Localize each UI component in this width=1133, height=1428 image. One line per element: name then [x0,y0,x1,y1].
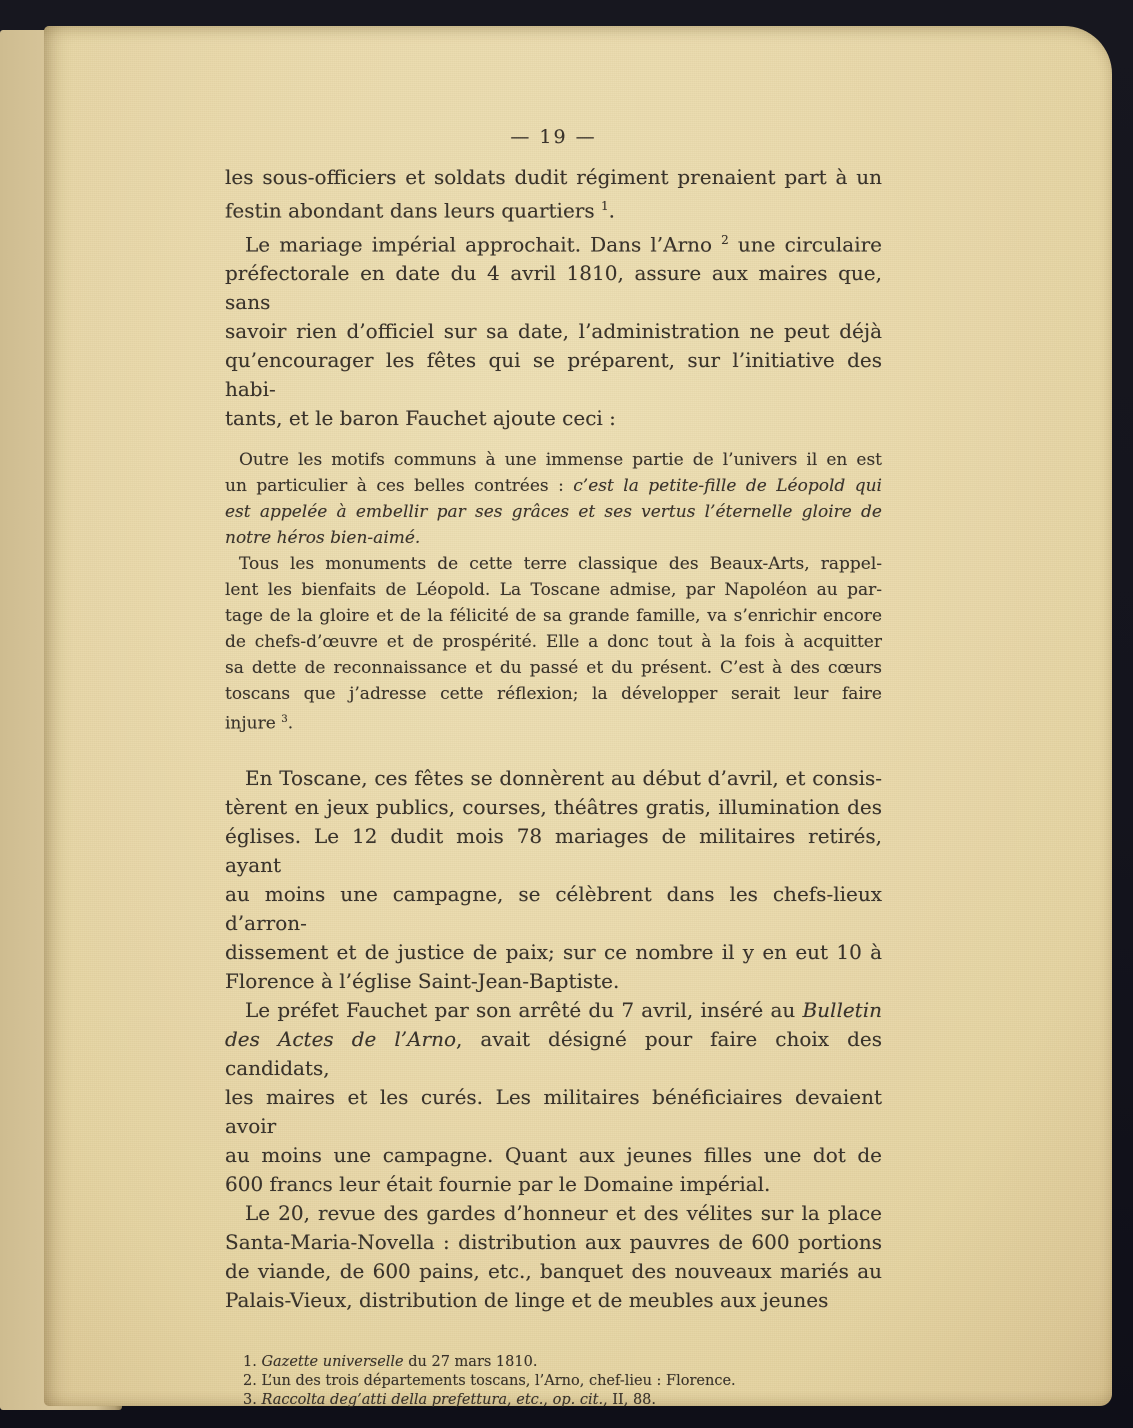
text-line: un particulier à ces belles contrées : c… [225,473,882,499]
paragraph-le-20: Le 20, revue des gardes d’honneur et des… [225,1199,882,1315]
text-line: toscans que j’adresse cette réflexion; l… [225,681,882,707]
text-line: les sous-officiers et soldats dudit régi… [225,163,882,192]
paragraph-prefet-fauchet: Le préfet Fauchet par son arrêté du 7 av… [225,996,882,1199]
text-line: Le préfet Fauchet par son arrêté du 7 av… [225,996,882,1025]
text-line: lent les bienfaits de Léopold. La Toscan… [225,577,882,603]
text-line: 3. Raccolta deg’atti della prefettura, e… [243,1391,882,1410]
page-text: — 19 — les sous-officiers et soldats dud… [225,126,882,1410]
text-line: 600 francs leur était fournie par le Dom… [225,1170,882,1199]
paragraph-en-toscane: En Toscane, ces fêtes se donnèrent au dé… [225,764,882,996]
text-line: est appelée à embellir par ses grâces et… [225,499,882,525]
text-line: tage de la gloire et de la félicité de s… [225,603,882,629]
text-line: des Actes de l’Arno, avait désigné pour … [225,1025,882,1083]
text-line: de viande, de 600 pains, etc., banquet d… [225,1257,882,1286]
footnotes: 1. Gazette universelle du 27 mars 1810.2… [225,1353,882,1410]
text-line: Palais-Vieux, distribution de linge et d… [225,1286,882,1315]
text-line: qu’encourager les fêtes qui se préparent… [225,346,882,404]
text-line: Le 20, revue des gardes d’honneur et des… [225,1199,882,1228]
text-line: Tous les monuments de cette terre classi… [225,551,882,577]
quote-fauchet-1: Outre les motifs communs à une immense p… [225,447,882,551]
text-line: préfectorale en date du 4 avril 1810, as… [225,259,882,317]
text-line: Le mariage impérial approchait. Dans l’A… [225,226,882,260]
text-line: En Toscane, ces fêtes se donnèrent au dé… [225,764,882,793]
text-line: savoir rien d’officiel sur sa date, l’ad… [225,317,882,346]
quote-fauchet-2: Tous les monuments de cette terre classi… [225,551,882,737]
continuation-paragraph: les sous-officiers et soldats dudit régi… [225,163,882,226]
text-line: au moins une campagne, se célèbrent dans… [225,880,882,938]
text-line: dissement et de justice de paix; sur ce … [225,938,882,967]
text-line: les maires et les curés. Les militaires … [225,1083,882,1141]
text-line: tants, et le baron Fauchet ajoute ceci : [225,404,882,433]
page-text-blocks: les sous-officiers et soldats dudit régi… [225,163,882,1410]
text-line: Santa-Maria-Novella : distribution aux p… [225,1228,882,1257]
text-line: injure 3. [225,707,882,737]
text-line: au moins une campagne. Quant aux jeunes … [225,1141,882,1170]
text-line: églises. Le 12 dudit mois 78 mariages de… [225,822,882,880]
text-line: notre héros bien-aimé. [225,525,882,551]
text-line: 2. L’un des trois départements toscans, … [243,1372,882,1391]
text-line: Florence à l’église Saint-Jean-Baptiste. [225,967,882,996]
page-number-header: — 19 — [225,126,882,148]
text-line: Outre les motifs communs à une immense p… [225,447,882,473]
text-line: festin abondant dans leurs quartiers 1. [225,192,882,226]
text-line: sa dette de reconnaissance et du passé e… [225,655,882,681]
text-line: tèrent en jeux publics, courses, théâtre… [225,793,882,822]
text-line: de chefs-d’œuvre et de prospérité. Elle … [225,629,882,655]
text-line: 1. Gazette universelle du 27 mars 1810. [243,1353,882,1372]
book-page: — 19 — les sous-officiers et soldats dud… [44,26,1112,1406]
paragraph-mariage-imperial: Le mariage impérial approchait. Dans l’A… [225,226,882,434]
